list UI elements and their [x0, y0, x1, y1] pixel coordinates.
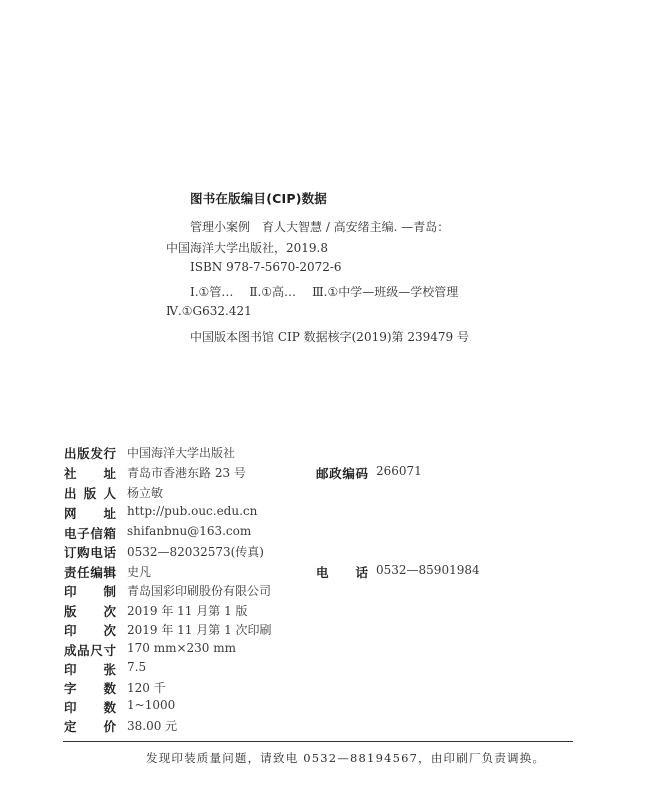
info-value: 0532—82032573(传真) [127, 543, 264, 560]
info-row-website: 网址 http://pub.ouc.edu.cn [0, 504, 647, 524]
info-row-size: 成品尺寸 170 mm×230 mm [0, 641, 647, 661]
info-row-sheets: 印张 7.5 [0, 660, 647, 680]
info-value-email: shifanbnu@163.com [127, 524, 251, 538]
quality-notice: 发现印装质量问题，请致电 0532—88194567，由印刷厂负责调换。 [146, 750, 545, 766]
info-label: 电子信箱 [64, 524, 116, 542]
footer-divider [63, 741, 573, 742]
cip-class-part-2: Ⅱ.①高… [249, 285, 296, 299]
cip-class-part-1: Ⅰ.①管… [190, 285, 233, 299]
info-label: 定价 [64, 717, 116, 735]
info-value-postcode: 266071 [376, 464, 422, 478]
info-value: 2019 年 11 月第 1 次印刷 [127, 621, 272, 638]
info-label: 印数 [64, 698, 116, 716]
cip-publisher-line: 中国海洋大学出版社，2019.8 [166, 239, 328, 256]
cip-class-code: Ⅳ.①G632.421 [166, 304, 252, 318]
info-row-email: 电子信箱 shifanbnu@163.com [0, 524, 647, 544]
info-label: 印制 [64, 582, 116, 600]
info-value: 2019 年 11 月第 1 版 [127, 602, 248, 619]
cip-title: 图书在版编目(CIP)数据 [190, 189, 327, 207]
cip-class-part-3: Ⅲ.①中学—班级—学校管理 [312, 285, 458, 299]
info-value: 青岛市香港东路 23 号 [127, 464, 246, 481]
info-value: 史凡 [127, 563, 151, 580]
info-value: 1~1000 [127, 698, 175, 712]
info-value: 7.5 [127, 660, 146, 674]
info-label: 版次 [64, 602, 116, 620]
info-row-publisher: 出版人 杨立敏 [0, 484, 647, 504]
info-row-print-run: 印数 1~1000 [0, 698, 647, 718]
info-value: 杨立敏 [127, 484, 163, 501]
info-value: 青岛国彩印刷股份有限公司 [127, 582, 271, 599]
info-value-phone: 0532—85901984 [376, 563, 480, 577]
info-value: 170 mm×230 mm [127, 641, 236, 655]
info-label: 字数 [64, 679, 116, 697]
info-row-order-phone: 订购电话 0532—82032573(传真) [0, 543, 647, 563]
info-row-price: 定价 38.00 元 [0, 717, 647, 737]
info-value: 中国海洋大学出版社 [127, 444, 235, 461]
info-value: 38.00 元 [127, 717, 177, 734]
info-row-edition: 版次 2019 年 11 月第 1 版 [0, 602, 647, 622]
info-label: 订购电话 [64, 543, 116, 561]
info-label: 成品尺寸 [64, 641, 116, 659]
info-label: 责任编辑 [64, 563, 116, 581]
info-row-printing: 印次 2019 年 11 月第 1 次印刷 [0, 621, 647, 641]
info-row-address: 社址 青岛市香港东路 23 号 邮政编码 266071 [0, 464, 647, 484]
info-label: 网址 [64, 504, 116, 522]
info-label: 印次 [64, 621, 116, 639]
info-row-distributor: 出版发行 中国海洋大学出版社 [0, 444, 647, 464]
info-value-website: http://pub.ouc.edu.cn [127, 504, 257, 518]
info-label-postcode: 邮政编码 [316, 464, 368, 482]
info-label: 社址 [64, 464, 116, 482]
cip-book-title-line: 管理小案例 育人大智慧 / 高安绪主编. —青岛： [190, 218, 449, 235]
cip-isbn: ISBN 978-7-5670-2072-6 [190, 260, 342, 274]
cip-classification: Ⅰ.①管…Ⅱ.①高…Ⅲ.①中学—班级—学校管理 [190, 283, 458, 300]
info-label-phone: 电话 [316, 563, 368, 581]
cip-number: 中国版本图书馆 CIP 数据核字(2019)第 239479 号 [190, 328, 469, 345]
info-value: 120 千 [127, 679, 166, 696]
info-row-printer: 印制 青岛国彩印刷股份有限公司 [0, 582, 647, 602]
info-row-editor: 责任编辑 史凡 电话 0532—85901984 [0, 563, 647, 583]
info-row-word-count: 字数 120 千 [0, 679, 647, 699]
info-label: 出版发行 [64, 444, 116, 462]
info-label: 印张 [64, 660, 116, 678]
info-label: 出版人 [64, 484, 116, 502]
